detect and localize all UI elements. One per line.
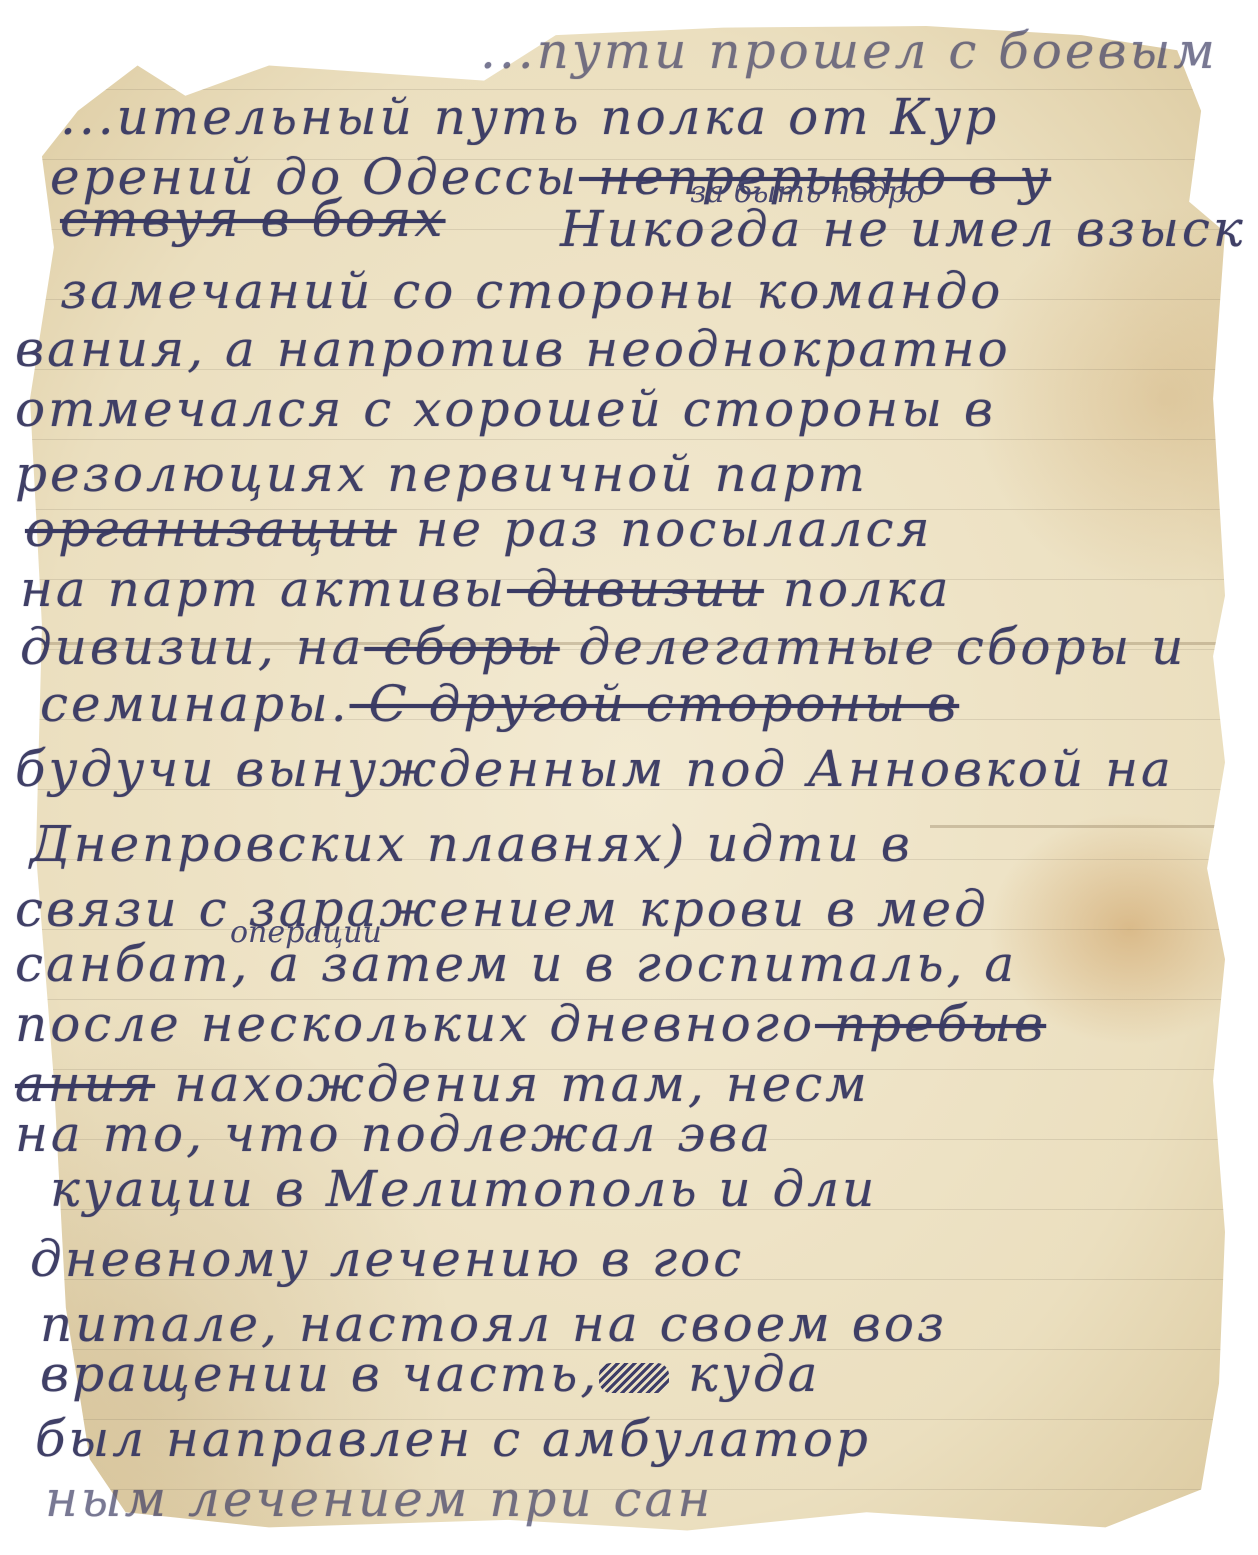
handwritten-line: замечаний со стороны командо — [60, 262, 1003, 320]
struck-through-text: С другой стороны в — [350, 675, 960, 733]
handwritten-line: куации в Мелитополь и дли — [50, 1160, 877, 1218]
handwritten-line: после нескольких дневного пребыв — [15, 995, 1046, 1053]
line-text: был направлен с амбулатор — [35, 1410, 871, 1468]
handwritten-line: вания, а напротив неоднократно — [15, 320, 1011, 378]
line-text: санбат, а затем и в госпиталь, а — [15, 935, 1017, 993]
ink-scribble-blot — [599, 1363, 669, 1393]
line-text: дивизии, на — [20, 618, 364, 676]
handwritten-line: ...ительный путь полка от Кур — [60, 88, 999, 146]
handwritten-line: вращении в часть, куда — [40, 1345, 821, 1403]
line-text: вращении в часть, — [40, 1345, 599, 1403]
handwritten-line: отмечался с хорошей стороны в — [15, 380, 996, 438]
handwritten-line: ...пути прошел с боевым — [480, 22, 1218, 80]
line-text: дневному лечению в гос — [30, 1230, 744, 1288]
handwritten-line: Никогда не имел взыск — [560, 200, 1246, 258]
handwritten-line: санбат, а затем и в госпиталь, а — [15, 935, 1017, 993]
line-text-continued: куда — [669, 1345, 820, 1403]
handwritten-line: ствуя в боях — [60, 190, 445, 248]
line-text-continued: полка — [764, 560, 952, 618]
line-text: ным лечением при сан — [45, 1470, 713, 1528]
handwritten-line: Днепровских плавнях) идти в — [30, 815, 913, 873]
struck-through-text: пребыв — [815, 995, 1046, 1053]
handwritten-line: дневному лечению в гос — [30, 1230, 744, 1288]
handwritten-line: на то, что подлежал эва — [15, 1105, 773, 1163]
line-text: ...пути прошел с боевым — [480, 22, 1218, 80]
line-text: ...ительный путь полка от Кур — [60, 88, 999, 146]
line-text: семинары. — [40, 675, 350, 733]
handwritten-line: будучи вынужденным под Анновкой на — [15, 740, 1174, 798]
line-text: отмечался с хорошей стороны в — [15, 380, 996, 438]
line-text: куации в Мелитополь и дли — [50, 1160, 877, 1218]
line-text: вания, а напротив неоднократно — [15, 320, 1011, 378]
line-text: будучи вынужденным под Анновкой на — [15, 740, 1174, 798]
struck-through-text: ствуя в боях — [60, 190, 445, 248]
handwritten-line: был направлен с амбулатор — [35, 1410, 871, 1468]
handwritten-line: организации не раз посылался — [25, 500, 933, 558]
line-text: резолюциях первичной парт — [15, 445, 868, 503]
line-text: после нескольких дневного — [15, 995, 815, 1053]
line-text: Днепровских плавнях) идти в — [30, 815, 913, 873]
handwritten-line: дивизии, на сборы делегатные сборы и — [20, 618, 1186, 676]
interlinear-insertion: операции — [230, 915, 382, 950]
line-text: на то, что подлежал эва — [15, 1105, 773, 1163]
paper-tear-right — [930, 825, 1225, 828]
line-text: связи с заражением крови в мед — [15, 880, 989, 938]
struck-through-text: дивизии — [507, 560, 764, 618]
handwritten-line: семинары. С другой стороны в — [40, 675, 959, 733]
handwritten-line: резолюциях первичной парт — [15, 445, 868, 503]
handwritten-line: ным лечением при сан — [45, 1470, 713, 1528]
handwritten-line: связи с заражением крови в мед — [15, 880, 989, 938]
line-text-continued: делегатные сборы и — [560, 618, 1187, 676]
line-text-continued: не раз посылался — [397, 500, 933, 558]
line-text: на парт активы — [20, 560, 507, 618]
line-text: Никогда не имел взыск — [560, 200, 1246, 258]
struck-through-text: сборы — [364, 618, 559, 676]
line-text: замечаний со стороны командо — [60, 262, 1003, 320]
handwritten-line: на парт активы дивизии полка — [20, 560, 952, 618]
struck-through-text: организации — [25, 500, 397, 558]
